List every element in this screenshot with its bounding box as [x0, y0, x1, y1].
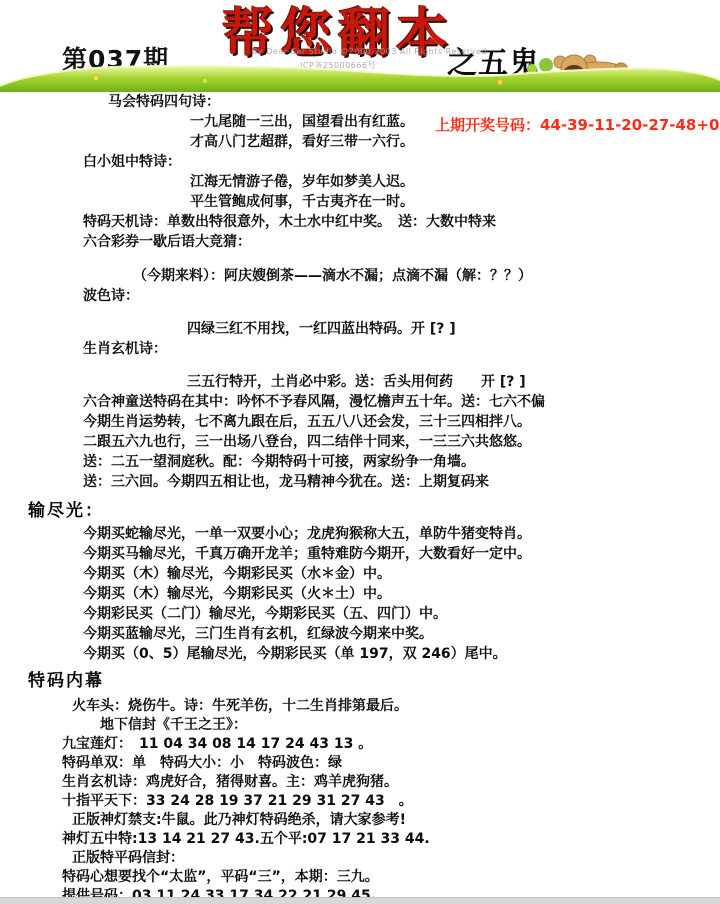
section-title-shengxiao: 生肖玄机诗：: [83, 339, 720, 359]
section-heading-shujinguang: 输尽光：: [28, 498, 720, 524]
shujinguang-line: 今期买蛇输尽光，一单一双要小心；龙虎狗猴称大五，单防牛猪变特肖。: [83, 524, 720, 544]
neimu-line: 特码心想要找个“太监”，平码“三”，本期：三九。: [62, 868, 720, 887]
neimu-line: 十指平天下：33 24 28 19 37 21 29 31 27 43 。: [62, 792, 720, 811]
shentong-line: 送：二五一望洞庭秋。配：今期特码十可接，两家纷争一角墙。: [83, 452, 720, 472]
section-title-xiehouyu: 六合彩券一歇后语大竞猜：: [83, 232, 720, 252]
neimu-line: 地下信封《千王之王》：: [100, 716, 720, 735]
shujinguang-line: 今期买（木）输尽光，今期彩民买（火＊土）中。: [83, 584, 720, 604]
section-title-mahui: 马会特码四句诗：: [108, 92, 720, 112]
poem-line: 平生管鲍成何事，千古夷齐在一时。: [190, 192, 720, 212]
grass-band-illustration: [0, 54, 720, 92]
tip-sheet-body: 马会特码四句诗： 一九尾随一三出，国望看出有红蓝。 才高八门艺超群，看好三带一六…: [0, 92, 720, 904]
poem-line: 一九尾随一三出，国望看出有红蓝。: [190, 112, 720, 132]
section-title-baixiaojie: 白小姐中特诗：: [83, 152, 720, 172]
shujinguang-line: 今期买（0、5）尾输尽光，今期彩民买（单 197，双 246）尾中。: [83, 644, 720, 664]
shentong-line: 今期生肖运势转，七不离九跟在后，五五八八还会发，三十三四相拌八。: [83, 412, 720, 432]
tianji-line: 特码天机诗：单数出特很意外，木土水中红中奖。 送：大数中特来: [83, 212, 720, 232]
poem-line: 才高八门艺超群，看好三带一六行。: [190, 132, 720, 152]
section-heading-neimu: 特码内幕: [28, 668, 720, 694]
shentong-line: 六合神童送特码在其中：吟怀不予春风隔，漫忆檐声五十年。送：七六不偏: [83, 392, 720, 412]
neimu-line: 特码单双：单 特码大小：小 特码波色：绿: [62, 754, 720, 773]
bottom-scroll-strip: [0, 897, 720, 904]
shengxiao-line: 三五行特开，土肖必中彩。送：舌头用何药 开 [? ]: [187, 372, 720, 392]
section-title-bose: 波色诗：: [83, 286, 720, 306]
bose-line: 四绿三红不用找，一红四蓝出特码。开 [? ]: [187, 319, 720, 339]
neimu-line: 正版特平码信封：: [72, 849, 720, 868]
xiehouyu-line: （今期来料）：阿庆嫂倒茶——滴水不漏；点滴不漏（解：？？）: [133, 266, 720, 286]
shujinguang-line: 今期彩民买（二门）输尽光，今期彩民买（五、四门）中。: [83, 604, 720, 624]
neimu-line: 神灯五中特:13 14 21 27 43.五个平:07 17 21 33 44.: [62, 830, 720, 849]
shentong-line: 送：三六回。今期四五相让也，龙马精神今犹在。送：上期复码来: [83, 472, 720, 492]
neimu-line: 正版神灯禁支:牛鼠。此乃神灯特码绝杀，请大家参考!: [72, 811, 720, 830]
shujinguang-line: 今期买（木）输尽光，今期彩民买（水＊金）中。: [83, 564, 720, 584]
neimu-line: 火车头：烧伤牛。诗：牛死羊伤，十二生肖排第最后。: [72, 697, 720, 716]
neimu-line: 九宝莲灯： 11 04 34 08 14 17 24 43 13 。: [62, 735, 720, 754]
neimu-line: 生肖玄机诗：鸡虎好合，猪得财喜。主：鸡羊虎狗猪。: [62, 773, 720, 792]
poem-line: 江海无情游子倦，岁年如梦美人迟。: [190, 172, 720, 192]
shujinguang-line: 今期买蓝输尽光，三门生肖有玄机，红绿波今期来中奖。: [83, 624, 720, 644]
shujinguang-line: 今期买马输尽光，千真万确开龙羊；重特难防今期开，大数看好一定中。: [83, 544, 720, 564]
shentong-line: 二跟五六九也行，三一出场八登台，四二结伴十同来，一三三六共悠悠。: [83, 432, 720, 452]
